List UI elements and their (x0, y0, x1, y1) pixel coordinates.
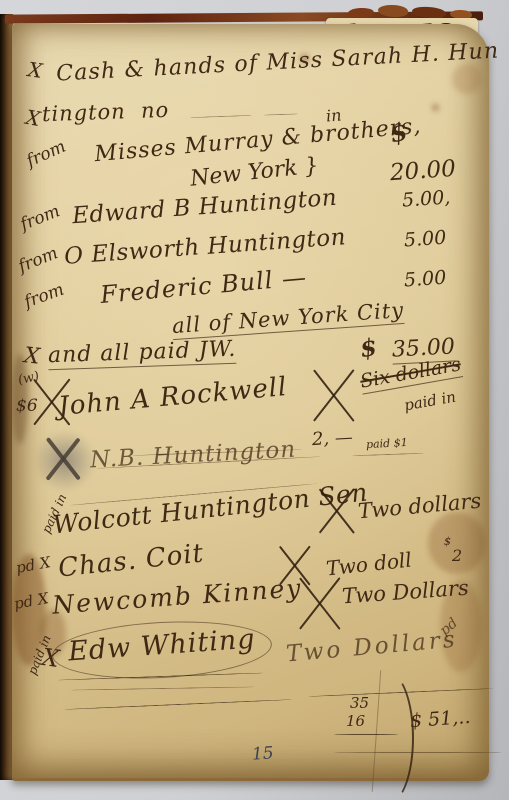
pen-dash (352, 453, 424, 457)
entry-9-check-mark: X (23, 345, 41, 369)
entry-2-check-mark: X (24, 107, 42, 129)
cross-out-x (294, 574, 346, 632)
entry-5-text: Edward B Huntington (72, 187, 338, 228)
entry-3-from: from (24, 138, 68, 170)
total-amount: $ 51,.. (409, 708, 471, 731)
entry-7-text: Frederic Bull — (99, 265, 307, 307)
sum-bottom: 16 (346, 714, 365, 729)
entry-1-text: Cash & hands of Miss Sarah H. Hun (56, 40, 500, 85)
entry-5-from: from (18, 203, 62, 234)
entry-14-text: Newcomb Kinney (51, 575, 303, 617)
pen-flourish (70, 686, 255, 690)
page-number: 15 (251, 745, 274, 763)
pen-rule (64, 699, 292, 710)
entry-11-paid-note: paid $1 (366, 437, 408, 450)
entry-5-amount: 5.00, (401, 188, 451, 210)
ink-stain (452, 64, 482, 94)
entry-4-text: New York } (189, 155, 319, 190)
entry-7-from: from (22, 282, 66, 312)
entry-13-amount-num: 2 (452, 548, 462, 564)
entry-10-paid-note: paid in (403, 390, 457, 414)
notebook-page: X Cash & hands of Miss Sarah H. Hun X ti… (12, 24, 489, 781)
entry-9-dollar-sign: $ (358, 335, 378, 361)
cross-out-x (308, 366, 360, 424)
entry-13-text: Chas. Coit (57, 540, 205, 581)
entry-9-text: and all paid JW. (48, 339, 237, 371)
manuscript-photo: X Cash & hands of Miss Sarah H. Hun X ti… (0, 0, 509, 800)
sum-rule (334, 734, 398, 735)
pen-dash (264, 113, 298, 115)
pen-rule (334, 752, 502, 753)
entry-7-amount: 5.00 (403, 269, 447, 291)
entry-6-amount: 5.00 (403, 229, 447, 251)
entry-6-from: from (16, 245, 60, 276)
pen-dash (190, 115, 252, 118)
entry-13-dollar-sup: $ (444, 536, 451, 547)
entry-13-margin-mark: pd X (15, 555, 52, 576)
ink-speck (432, 104, 439, 111)
sum-top: 35 (350, 696, 369, 711)
entry-1-check-mark: X (27, 59, 44, 81)
entry-4-amount: 20.00 (389, 158, 456, 186)
entry-10-text: John A Rockwell (57, 374, 288, 420)
entry-11-amount: 2, — (312, 429, 354, 449)
entry-2-text: tington no (42, 100, 170, 125)
cross-out-x (42, 436, 84, 482)
cross-out-x (314, 486, 360, 536)
entry-15-amount-text: Two Dollars (285, 629, 458, 667)
